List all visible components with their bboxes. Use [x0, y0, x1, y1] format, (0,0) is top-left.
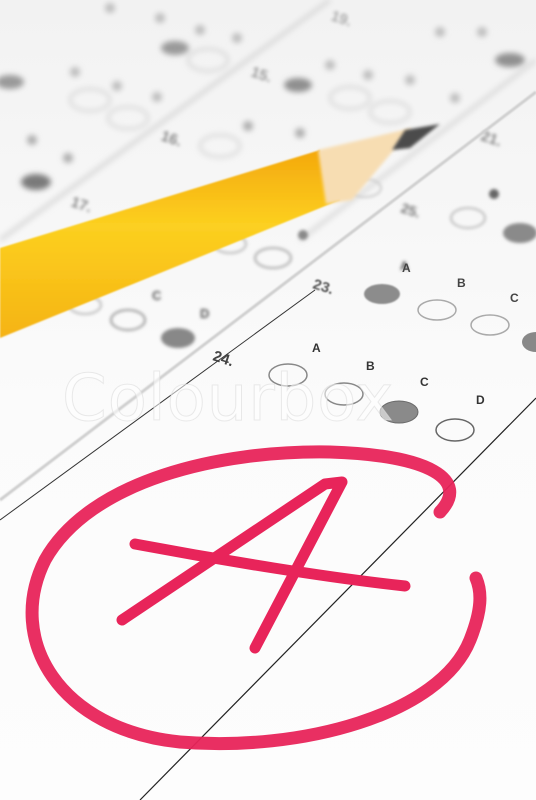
- svg-text:D: D: [476, 393, 485, 407]
- svg-text:C: C: [420, 375, 429, 389]
- svg-text:C: C: [152, 288, 162, 303]
- watermark: Colourbox: [62, 362, 394, 436]
- svg-text:A: A: [312, 341, 321, 355]
- photo: 16. 15. 17. 21. 19. C D 25. A: [0, 0, 536, 800]
- svg-text:A: A: [402, 261, 411, 275]
- svg-text:C: C: [510, 291, 519, 305]
- svg-text:B: B: [457, 276, 466, 290]
- svg-text:D: D: [200, 306, 209, 321]
